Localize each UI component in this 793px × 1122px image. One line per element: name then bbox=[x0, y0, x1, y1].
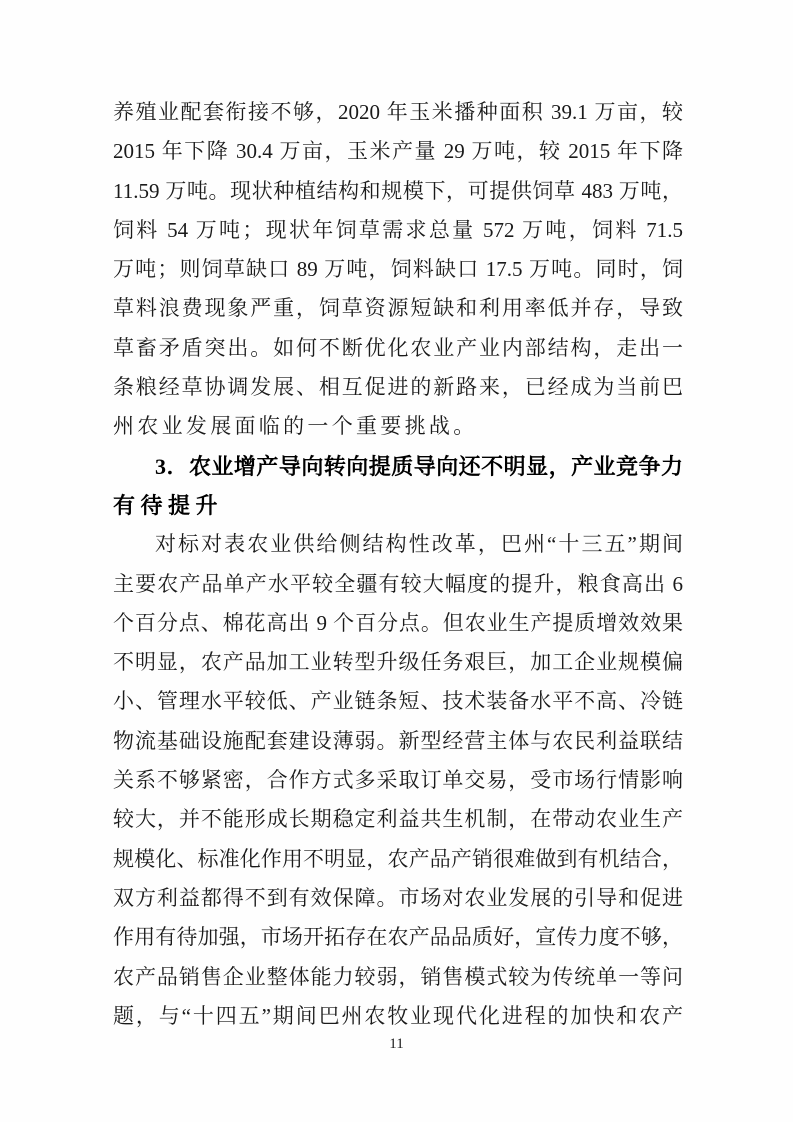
text-line: 物流基础设施配套建设薄弱。新型经营主体与农民利益联结 bbox=[113, 722, 683, 761]
text-line: 州农业发展面临的一个重要挑战。 bbox=[113, 407, 683, 446]
text-line: 作用有待加强，市场开拓存在农产品品质好，宣传力度不够， bbox=[113, 918, 683, 957]
text-line: 小、管理水平较低、产业链条短、技术装备水平不高、冷链 bbox=[113, 682, 683, 721]
text-line: 养殖业配套衔接不够，2020 年玉米播种面积 39.1 万亩，较 bbox=[113, 93, 683, 132]
text-line: 11.59 万吨。现状种植结构和规模下，可提供饲草 483 万吨， bbox=[113, 172, 683, 211]
document-page: 养殖业配套衔接不够，2020 年玉米播种面积 39.1 万亩，较 2015 年下… bbox=[0, 0, 793, 1122]
section-heading-line: 3．农业增产导向转向提质导向还不明显，产业竞争力 bbox=[113, 447, 683, 486]
text-line: 条粮经草协调发展、相互促进的新路来，已经成为当前巴 bbox=[113, 368, 683, 407]
text-line: 2015 年下降 30.4 万亩，玉米产量 29 万吨，较 2015 年下降 bbox=[113, 132, 683, 171]
text-line: 饲料 54 万吨；现状年饲草需求总量 572 万吨，饲料 71.5 bbox=[113, 211, 683, 250]
text-line: 对标对表农业供给侧结构性改革，巴州“十三五”期间 bbox=[113, 525, 683, 564]
text-line: 不明显，农产品加工业转型升级任务艰巨，加工企业规模偏 bbox=[113, 643, 683, 682]
text-line: 双方利益都得不到有效保障。市场对农业发展的引导和促进 bbox=[113, 879, 683, 918]
text-line: 关系不够紧密，合作方式多采取订单交易，受市场行情影响 bbox=[113, 761, 683, 800]
text-line: 万吨；则饲草缺口 89 万吨，饲料缺口 17.5 万吨。同时，饲 bbox=[113, 250, 683, 289]
text-line: 主要农产品单产水平较全疆有较大幅度的提升，粮食高出 6 bbox=[113, 565, 683, 604]
text-line: 农产品销售企业整体能力较弱，销售模式较为传统单一等问 bbox=[113, 958, 683, 997]
text-line: 草畜矛盾突出。如何不断优化农业产业内部结构，走出一 bbox=[113, 329, 683, 368]
text-line: 个百分点、棉花高出 9 个百分点。但农业生产提质增效效果 bbox=[113, 604, 683, 643]
text-line: 草料浪费现象严重，饲草资源短缺和利用率低并存，导致 bbox=[113, 289, 683, 328]
section-heading-line: 有待提升 bbox=[113, 486, 683, 525]
text-line: 题，与“十四五”期间巴州农牧业现代化进程的加快和农产 bbox=[113, 997, 683, 1036]
page-number: 11 bbox=[0, 1036, 793, 1053]
text-line: 规模化、标准化作用不明显，农产品产销很难做到有机结合， bbox=[113, 840, 683, 879]
page-body-text: 养殖业配套衔接不够，2020 年玉米播种面积 39.1 万亩，较 2015 年下… bbox=[113, 93, 683, 1036]
text-line: 较大，并不能形成长期稳定利益共生机制，在带动农业生产 bbox=[113, 800, 683, 839]
